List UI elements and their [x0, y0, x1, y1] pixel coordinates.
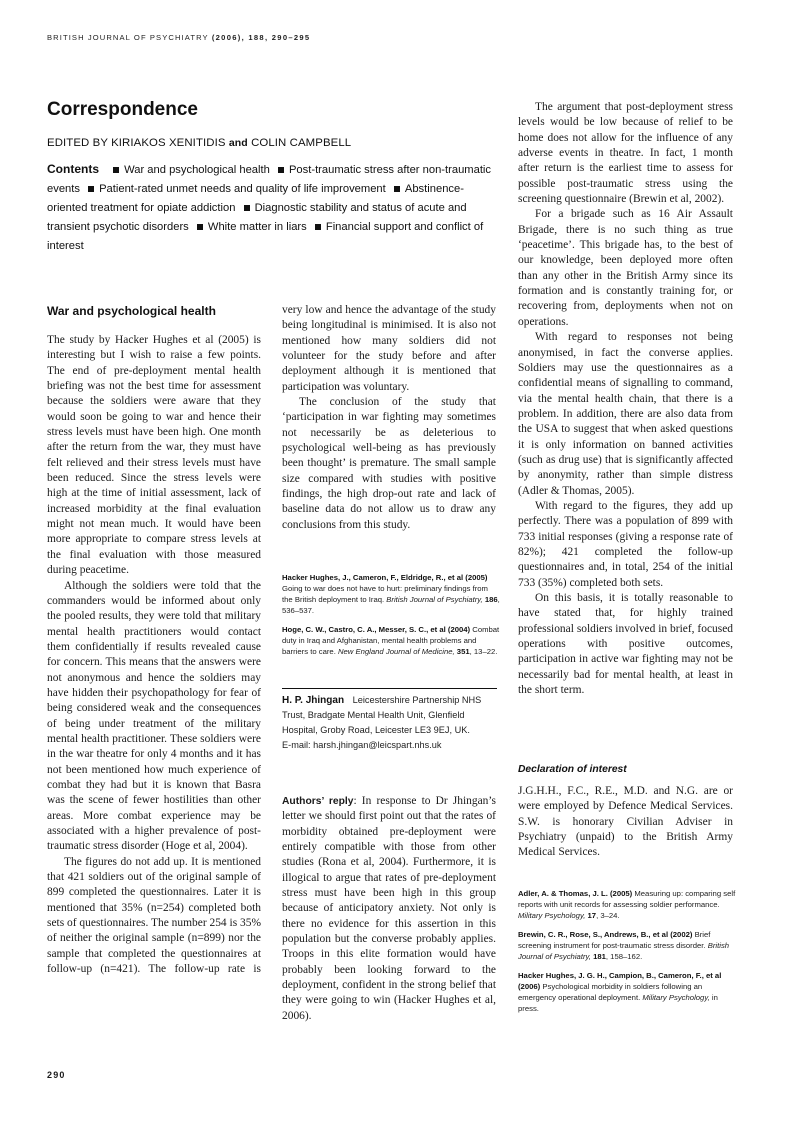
declaration-text: J.G.H.H., F.C., R.E., M.D. and N.G. are …	[518, 784, 733, 861]
reference-item: Hacker Hughes, J., Cameron, F., Eldridge…	[282, 572, 500, 616]
reply-column-2: Authors’ reply: In response to Dr Jhinga…	[282, 794, 496, 1024]
contents-item: Patient-rated unmet needs and quality of…	[99, 183, 386, 195]
bullet-square-icon	[88, 186, 94, 192]
reply-column-3: The argument that post-deployment stress…	[518, 100, 733, 698]
author-name: H. P. Jhingan	[282, 695, 344, 706]
bullet-square-icon	[113, 167, 119, 173]
author-affiliation: H. P. Jhingan Leicestershire Partnership…	[282, 693, 502, 753]
declaration-heading: Declaration of interest	[518, 764, 627, 775]
reference-item: Adler, A. & Thomas, J. L. (2005) Measuri…	[518, 888, 736, 921]
contents-item: White matter in liars	[208, 221, 307, 233]
section-title: Correspondence	[47, 99, 198, 121]
bullet-square-icon	[244, 205, 250, 211]
reply-paragraph: On this basis, it is totally reasonable …	[518, 591, 733, 698]
reply-paragraph: Authors’ reply: In response to Dr Jhinga…	[282, 794, 496, 1024]
reply-paragraph: With regard to the figures, they add up …	[518, 499, 733, 591]
reply-paragraph: For a brigade such as 16 Air Assault Bri…	[518, 207, 733, 330]
reference-item: Hacker Hughes, J. G. H., Campion, B., Ca…	[518, 970, 736, 1014]
journal-name: BRITISH JOURNAL OF PSYCHIATRY	[47, 33, 209, 42]
letter-heading: War and psychological health	[47, 304, 216, 318]
reference-item: Brewin, C. R., Rose, S., Andrews, B., et…	[518, 929, 736, 962]
reply-references: Adler, A. & Thomas, J. L. (2005) Measuri…	[518, 888, 736, 1022]
reply-paragraph: With regard to responses not being anony…	[518, 330, 733, 499]
letter-references: Hacker Hughes, J., Cameron, F., Eldridge…	[282, 572, 500, 665]
letter-paragraph: The figures do not add up. It is mention…	[47, 855, 261, 978]
divider	[282, 688, 497, 689]
contents-item: War and psychological health	[124, 164, 270, 176]
running-head: BRITISH JOURNAL OF PSYCHIATRY (2006), 18…	[47, 33, 310, 42]
letter-paragraph: Although the soldiers were told that the…	[47, 579, 261, 855]
letter-column-1: The study by Hacker Hughes et al (2005) …	[47, 333, 261, 977]
contents-label: Contents	[47, 162, 99, 176]
editor-first: EDITED BY KIRIAKOS XENITIDIS	[47, 137, 226, 149]
bullet-square-icon	[394, 186, 400, 192]
letter-paragraph: The study by Hacker Hughes et al (2005) …	[47, 333, 261, 579]
reply-paragraph: The argument that post-deployment stress…	[518, 100, 733, 207]
editors-line: EDITED BY KIRIAKOS XENITIDIS and COLIN C…	[47, 137, 351, 149]
contents-list: Contents War and psychological health Po…	[47, 160, 497, 256]
letter-paragraph: The conclusion of the study that ‘partic…	[282, 395, 496, 533]
reply-label: Authors’ reply	[282, 796, 354, 807]
reference-item: Hoge, C. W., Castro, C. A., Messer, S. C…	[282, 624, 500, 657]
letter-paragraph-continued: very low and hence the advantage of the …	[282, 303, 496, 395]
bullet-square-icon	[197, 224, 203, 230]
editor-and: and	[229, 137, 248, 149]
letter-column-2: very low and hence the advantage of the …	[282, 303, 496, 533]
journal-citation: (2006), 188, 290–295	[212, 33, 311, 42]
author-email: E-mail: harsh.jhingan@leicspart.nhs.uk	[282, 740, 441, 750]
editor-second: COLIN CAMPBELL	[251, 137, 351, 149]
bullet-square-icon	[278, 167, 284, 173]
page-number: 290	[47, 1070, 66, 1080]
bullet-square-icon	[315, 224, 321, 230]
